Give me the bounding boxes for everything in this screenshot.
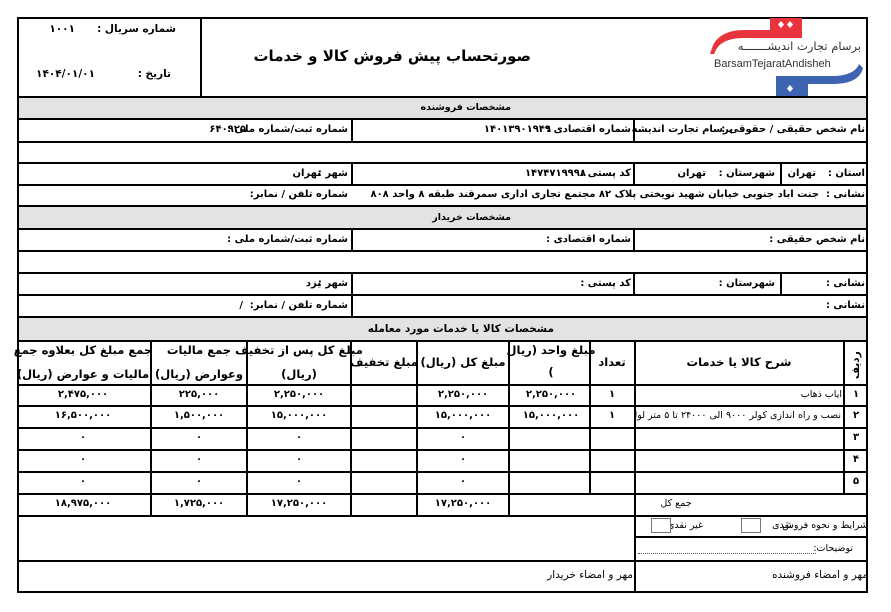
cell-total: ۰ [460, 455, 466, 465]
divider [633, 272, 635, 294]
divider [351, 294, 353, 316]
serial-label: شماره سریال : [97, 24, 176, 35]
buyer-city-value: یزد [306, 279, 321, 289]
totals-grand: ۱۸,۹۷۵,۰۰۰ [55, 499, 111, 509]
cell-grand: ۰ [80, 433, 86, 443]
logo-text-en: BarsamTejaratAndisheh [714, 58, 831, 70]
divider [17, 118, 868, 120]
divider [17, 471, 868, 473]
cell-after-discount: ۰ [296, 433, 302, 443]
divider [17, 449, 868, 451]
cell-row: ۲ [853, 411, 859, 421]
divider [17, 228, 868, 230]
divider [633, 162, 635, 184]
seller-postal-value: ۱۴۷۴۷۱۹۹۹۸ [525, 169, 586, 179]
seller-signature-label: مهر و امضاء فروشنده [772, 570, 868, 581]
col-header-row: ردیف [851, 351, 862, 371]
cell-grand: ۲,۴۷۵,۰۰۰ [58, 390, 108, 400]
cash-label: نقدی [772, 521, 792, 531]
cell-total: ۲,۲۵۰,۰۰۰ [438, 390, 488, 400]
col-header-after-discount-2: (ریال) [281, 369, 317, 381]
divider [780, 162, 782, 184]
divider [351, 272, 353, 294]
company-logo: برسام تجارت اندیشـــــــه BarsamTejaratA… [710, 18, 865, 96]
logo-text-fa: برسام تجارت اندیشـــــــه [738, 41, 861, 53]
cell-description-clip: نصب و راه اندازی کولر ۹۰۰۰ الی ۲۴۰۰۰ تا … [636, 406, 843, 426]
divider [17, 141, 868, 143]
seller-province-label: استان : [828, 169, 865, 179]
seller-postal-label: کد پستی : [580, 169, 631, 179]
col-header-quantity: تعداد [598, 357, 625, 369]
seller-section-title: مشخصات فروشنده [420, 103, 511, 113]
serial-value: ۱۰۰۱ [49, 24, 75, 35]
col-header-tax-1: جمع مالیات [167, 345, 231, 357]
cell-tax: ۰ [196, 477, 202, 487]
header-divider [200, 17, 202, 97]
cell-tax: ۱,۵۰۰,۰۰۰ [174, 411, 224, 421]
seller-economic-label: شماره اقتصادی : [546, 125, 631, 135]
cell-total: ۰ [460, 433, 466, 443]
seller-registration-value: ۶۴۰۹۲۵ [209, 125, 246, 135]
divider [351, 162, 353, 184]
noncash-checkbox[interactable] [651, 518, 671, 533]
buyer-postal-label: کد پستی : [580, 279, 631, 289]
col-header-grand-2: مالیات و عوارض (ریال) [17, 369, 149, 381]
divider [780, 272, 782, 294]
divider [351, 118, 353, 141]
divider [17, 493, 868, 495]
goods-section-title: مشخصات کالا یا خدمات مورد معامله [368, 324, 554, 335]
seller-city-value: تهران [292, 169, 321, 179]
cell-after-discount: ۲,۲۵۰,۰۰۰ [274, 390, 324, 400]
divider [634, 536, 868, 538]
seller-city-label: شهر : [318, 169, 348, 179]
date-label: تاریخ : [138, 69, 171, 80]
notes-label: توضیحات: [813, 544, 853, 554]
notes-line[interactable] [638, 553, 816, 554]
seller-county-label: شهرستان : [719, 169, 775, 179]
col-header-total: مبلغ کل (ریال) [420, 357, 505, 369]
col-header-description: شرح کالا یا خدمات [687, 357, 792, 369]
divider [17, 340, 868, 342]
totals-tax: ۱,۷۲۵,۰۰۰ [174, 499, 224, 509]
cell-unit-price: ۲,۲۵۰,۰۰۰ [526, 390, 576, 400]
cell-row: ۳ [853, 433, 859, 443]
cell-after-discount: ۰ [296, 477, 302, 487]
buyer-county-label: شهرستان : [719, 279, 775, 289]
seller-name-label: نام شخص حقیقی / حقوقی : [721, 125, 865, 135]
totals-total: ۱۷,۲۵۰,۰۰۰ [435, 499, 491, 509]
divider [634, 515, 636, 592]
seller-province-value: تهران [787, 169, 816, 179]
totals-label: جمع کل [660, 499, 691, 509]
col-header-discount: مبلغ تخفیف [350, 357, 418, 369]
cell-grand: ۱۶,۵۰۰,۰۰۰ [55, 411, 111, 421]
cell-row: ۴ [853, 455, 859, 465]
divider [17, 250, 868, 252]
col-header-grand-1: جمع مبلغ کل بعلاوه جمع [14, 345, 153, 357]
divider [17, 272, 868, 274]
date-value: ۱۴۰۴/۰۱/۰۱ [36, 69, 95, 80]
cell-quantity: ۱ [609, 411, 615, 421]
cell-quantity: ۱ [609, 390, 615, 400]
divider [351, 228, 353, 250]
cell-unit-price: ۱۵,۰۰۰,۰۰۰ [523, 411, 579, 421]
cell-tax: ۲۲۵,۰۰۰ [179, 390, 219, 400]
buyer-section-title: مشخصات خریدار [432, 213, 511, 223]
buyer-registration-label: شماره ثبت/شماره ملی : [227, 235, 348, 245]
buyer-name-label: نام شخص حقیقی : [769, 235, 865, 245]
cell-total: ۱۵,۰۰۰,۰۰۰ [435, 411, 491, 421]
totals-after-discount: ۱۷,۲۵۰,۰۰۰ [271, 499, 327, 509]
cell-tax: ۰ [196, 433, 202, 443]
cell-description: نصب و راه اندازی کولر ۹۰۰۰ الی ۲۴۰۰۰ تا … [636, 411, 841, 421]
seller-name-value: برسام تجارت اندیشه [632, 125, 733, 135]
cell-total: ۰ [460, 477, 466, 487]
cell-grand: ۰ [80, 455, 86, 465]
divider [17, 427, 868, 429]
buyer-phone-value: / [239, 301, 243, 311]
seller-economic-value: ۱۴۰۱۳۹۰۱۹۴۹ [484, 125, 551, 135]
seller-address-value: جنت اباد جنوبی خیابان شهید نویختی پلاک ۸… [370, 190, 819, 200]
cash-checkbox[interactable] [741, 518, 761, 533]
invoice-title: صورتحساب پیش فروش کالا و خدمات [253, 49, 531, 64]
cell-row: ۱ [853, 390, 859, 400]
cell-tax: ۰ [196, 455, 202, 465]
buyer-address-label: نشانی : [826, 301, 865, 311]
divider [17, 294, 868, 296]
cell-grand: ۰ [80, 477, 86, 487]
cell-after-discount: ۱۵,۰۰۰,۰۰۰ [271, 411, 327, 421]
buyer-province-label: نشانی : [826, 279, 865, 289]
col-header-unit-price-2: ) [548, 367, 553, 379]
divider [17, 184, 868, 186]
seller-address-label: نشانی : [826, 190, 865, 200]
buyer-phone-label: شماره تلفن / نمابر: [250, 301, 348, 311]
seller-county-value: تهران [677, 169, 706, 179]
cell-after-discount: ۰ [296, 455, 302, 465]
terms-label: شرایط و نحوه فروش [782, 521, 868, 531]
buyer-city-label: شهر : [318, 279, 348, 289]
cell-row: ۵ [853, 477, 859, 487]
divider [17, 515, 868, 517]
divider [17, 162, 868, 164]
divider [633, 228, 635, 250]
noncash-label: غیر نقدی [667, 521, 703, 531]
logo-shapes-icon [710, 18, 865, 96]
seller-phone-label: شماره تلفن / نمابر: [250, 190, 348, 200]
buyer-economic-label: شماره اقتصادی : [546, 235, 631, 245]
divider [17, 560, 868, 562]
buyer-signature-label: مهر و امضاء خریدار [547, 570, 633, 581]
col-header-after-discount-1: مبلغ کل پس از تخفیف [235, 345, 363, 357]
divider [17, 384, 868, 386]
col-header-tax-2: وعوارض (ریال) [155, 369, 243, 381]
cell-description: ایاب ذهاب [801, 390, 842, 400]
col-header-unit-price-1: مبلغ واحد (ریال [507, 345, 596, 357]
divider [633, 118, 635, 141]
